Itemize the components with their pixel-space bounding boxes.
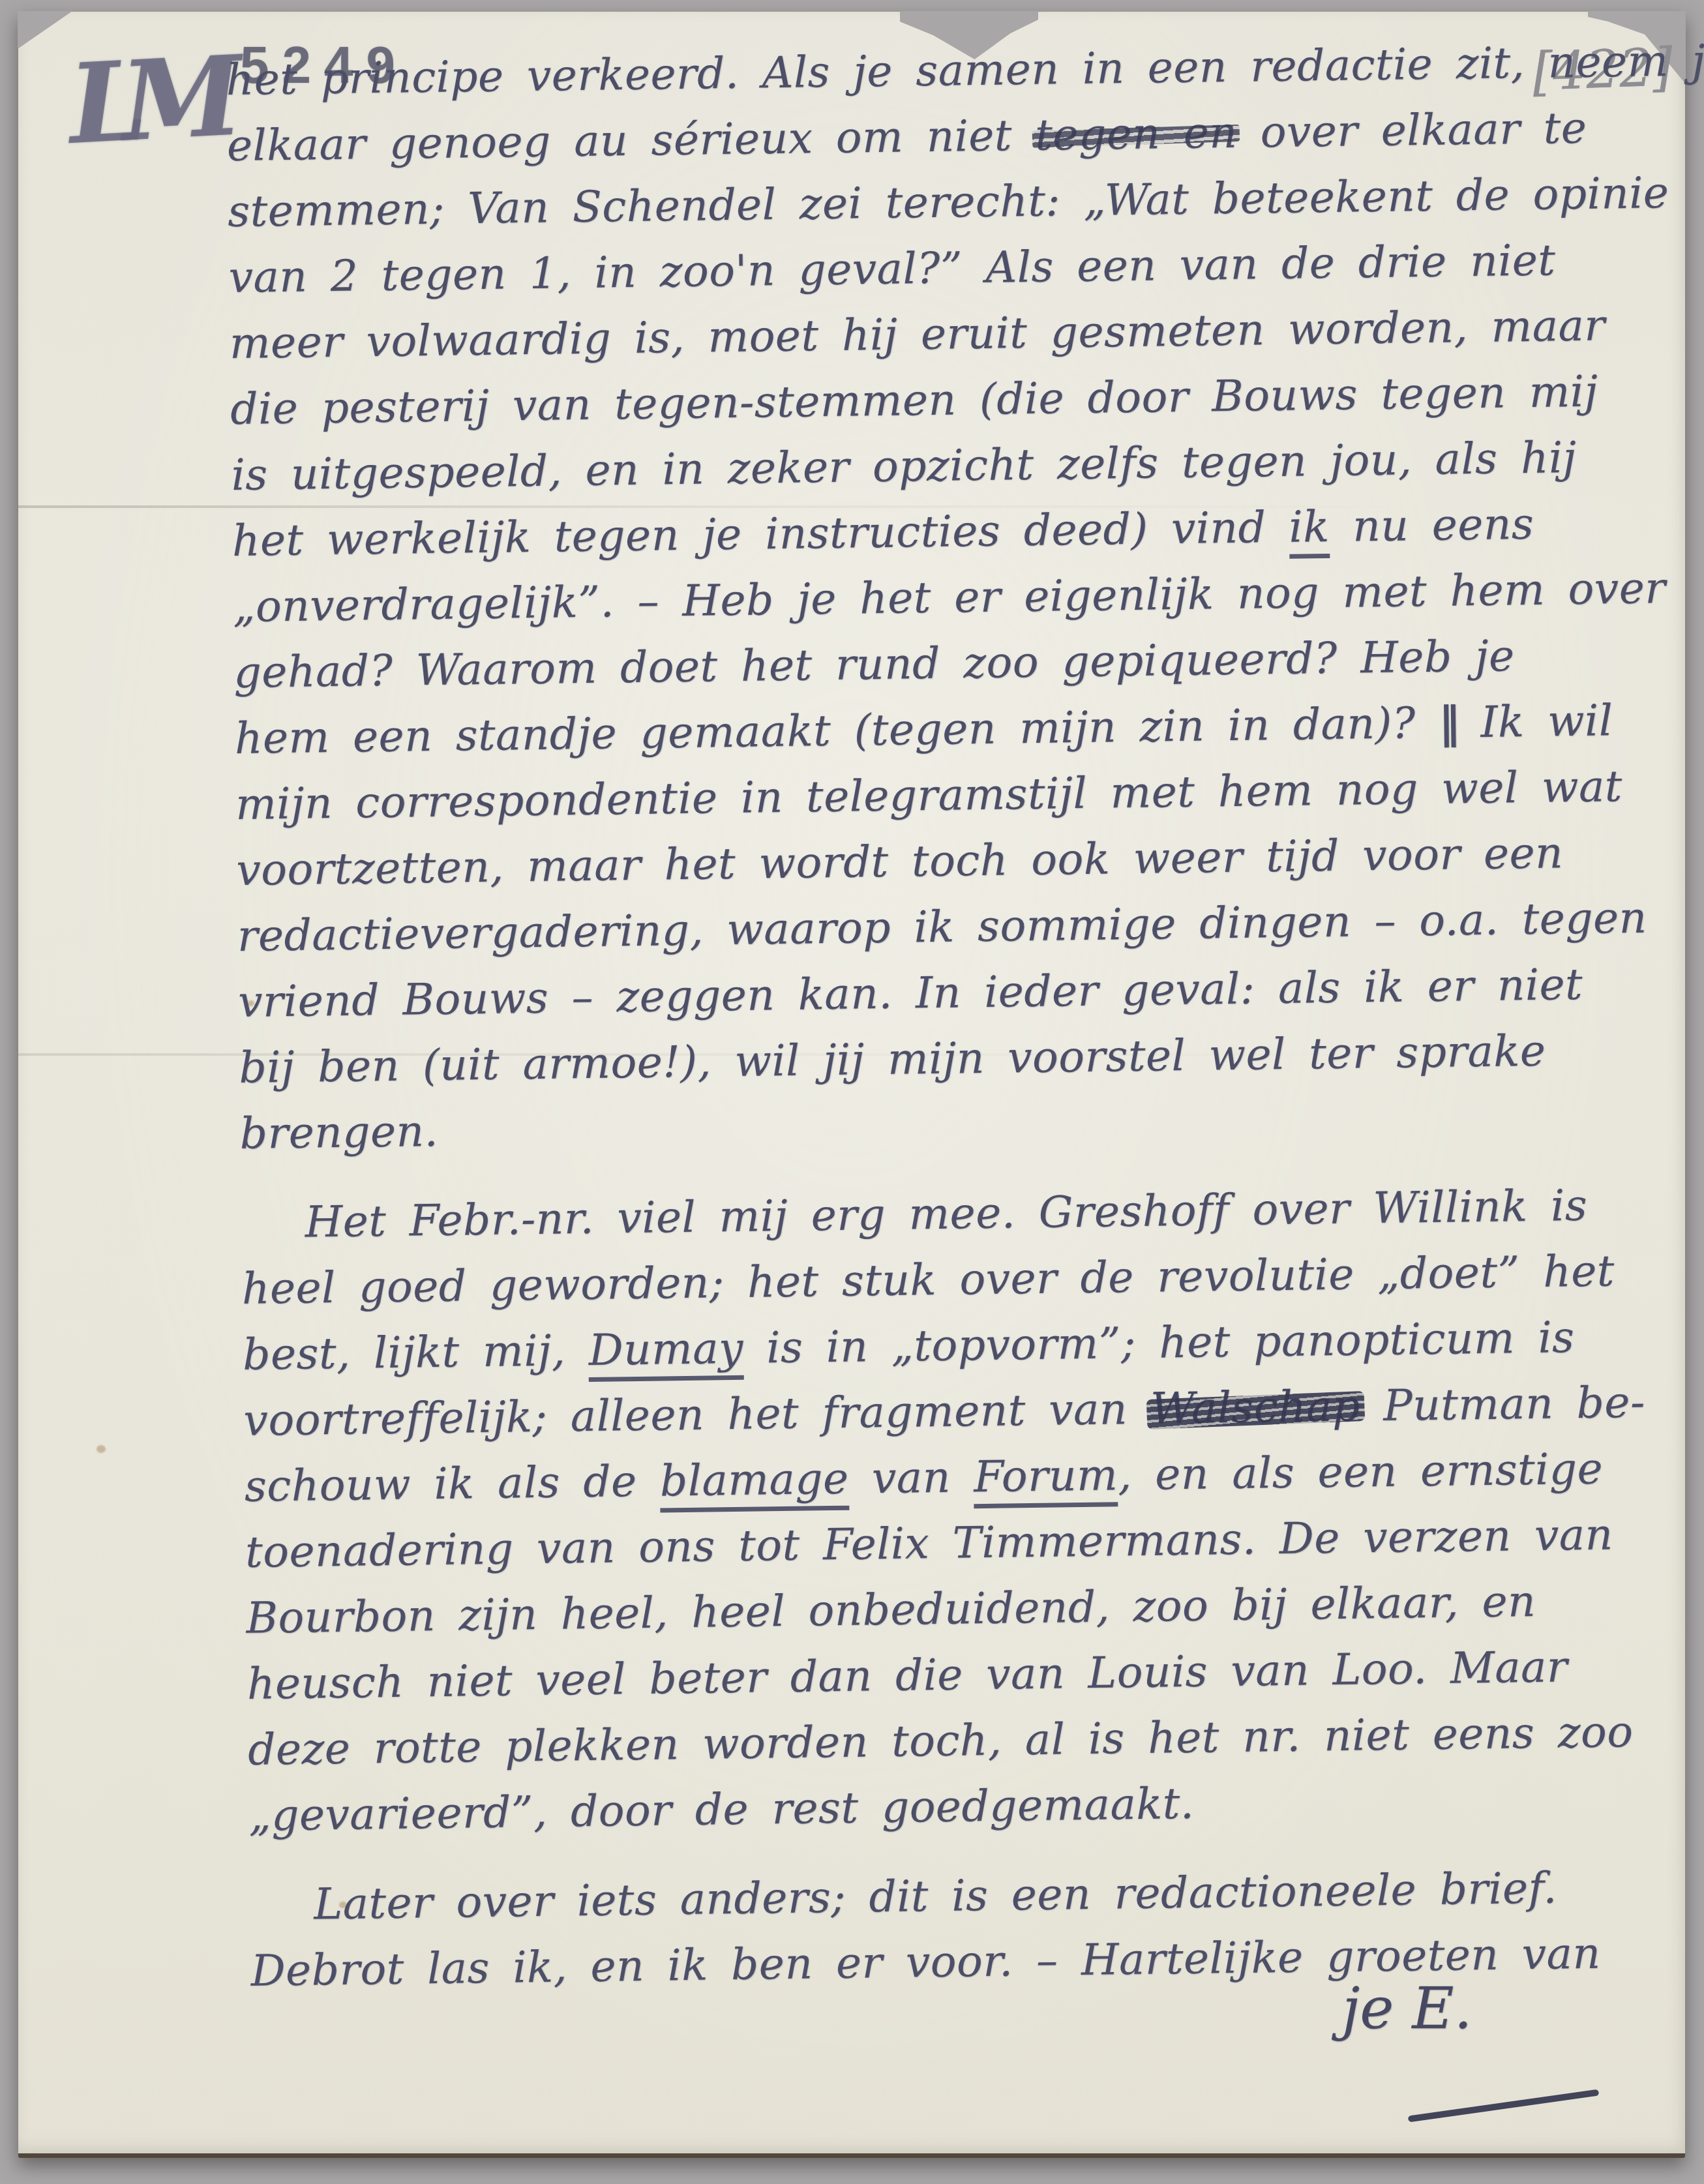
scanned-letter-page: { "page": { "backdrop_color": "#a8a6a7",…	[0, 0, 1704, 2184]
underlined-text: Dumay	[588, 1323, 743, 1382]
text-run: schouw ik als de	[244, 1456, 660, 1511]
underlined-text: ik	[1289, 501, 1330, 559]
struck-out-text: tegen en	[1035, 108, 1238, 160]
text-run: het werkelijk tegen je instructies deed)…	[232, 502, 1289, 566]
torn-edge-top-left	[18, 11, 72, 49]
text-run: nu eens	[1329, 499, 1534, 552]
text-run: Putman be-	[1360, 1377, 1645, 1431]
text-run: stemmen; Van Schendel zei terecht: „Wat …	[228, 168, 1669, 237]
text-run: van	[848, 1452, 974, 1504]
underlined-text: blamage	[660, 1454, 850, 1513]
archive-stamp-monogram: LM	[66, 32, 221, 169]
signature-flourish-underline	[1408, 2089, 1600, 2123]
text-run: over elkaar te	[1237, 103, 1587, 158]
text-run: Later over iets anders; dit is een redac…	[314, 1863, 1557, 1930]
text-run: bij ben (uit armoe!), wil jij mijn voors…	[239, 1026, 1546, 1093]
text-run: brengen.	[239, 1106, 438, 1159]
insertion-mark: ‖	[1438, 696, 1457, 747]
text-run: „gevarieerd”, door de rest goedgemaakt.	[248, 1778, 1195, 1841]
text-run: „onverdragelijk”. – Heb je het er eigenl…	[233, 563, 1666, 632]
text-run: Bourbon zijn heel, heel onbeduidend, zoo…	[246, 1576, 1536, 1643]
letter-paper: LM5249 [422] het principe verkeerd. Als …	[18, 12, 1685, 2158]
text-run: toenadering van ons tot Felix Timmermans…	[245, 1509, 1613, 1577]
underlined-text: Forum	[974, 1450, 1118, 1508]
text-run: die pesterij van tegen-stemmen (die door…	[230, 366, 1598, 434]
text-run: voortzetten, maar het wordt toch ook wee…	[236, 828, 1564, 895]
text-run: , en als een ernstige	[1118, 1444, 1604, 1501]
text-run: heel goed geworden; het stuk over de rev…	[241, 1246, 1615, 1314]
paragraph: het principe verkeerd. Als je samen in e…	[226, 28, 1675, 1167]
text-run: Ik wil	[1457, 695, 1613, 747]
text-run: Het Febr.-nr. viel mij erg mee. Greshoff…	[305, 1180, 1587, 1248]
paper-speck	[97, 1445, 106, 1453]
text-run: redactievergadering, waarop ik sommige d…	[237, 893, 1647, 961]
text-run: meer volwaardig is, moet hij eruit gesme…	[229, 300, 1605, 368]
text-run: gehad? Waarom doet het rund zoo gepiquee…	[233, 631, 1515, 698]
text-run: best, lijkt mij,	[243, 1325, 589, 1380]
text-run: van 2 tegen 1, in zoo'n geval?” Als een …	[228, 235, 1556, 303]
text-run: elkaar genoeg au sérieux om niet	[226, 110, 1035, 171]
text-run: voortreffelijk; alleen het fragment van	[243, 1384, 1151, 1446]
text-run: mijn correspondentie in telegramstijl me…	[235, 761, 1623, 830]
text-run: hem een standje gemaakt (tegen mijn zin …	[234, 698, 1439, 764]
text-run: vriend Bouws – zeggen kan. In ieder geva…	[238, 959, 1583, 1027]
scratched-out-text: Walschap	[1150, 1381, 1360, 1433]
text-run: is uitgespeeld, en in zeker opzicht zelf…	[231, 432, 1577, 500]
text-run: deze rotte plekken worden toch, al is he…	[248, 1707, 1634, 1775]
text-run: is in „topvorm”; het panopticum is	[743, 1312, 1575, 1373]
manuscript-text: het principe verkeerd. Als je samen in e…	[226, 28, 1686, 2004]
text-run: het principe verkeerd. Als je samen in e…	[226, 35, 1704, 105]
paragraph: Het Febr.-nr. viel mij erg mee. Greshoff…	[241, 1171, 1684, 1849]
signature: je E.	[1342, 1975, 1472, 2042]
text-run: heusch niet veel beter dan die van Louis…	[247, 1641, 1568, 1709]
